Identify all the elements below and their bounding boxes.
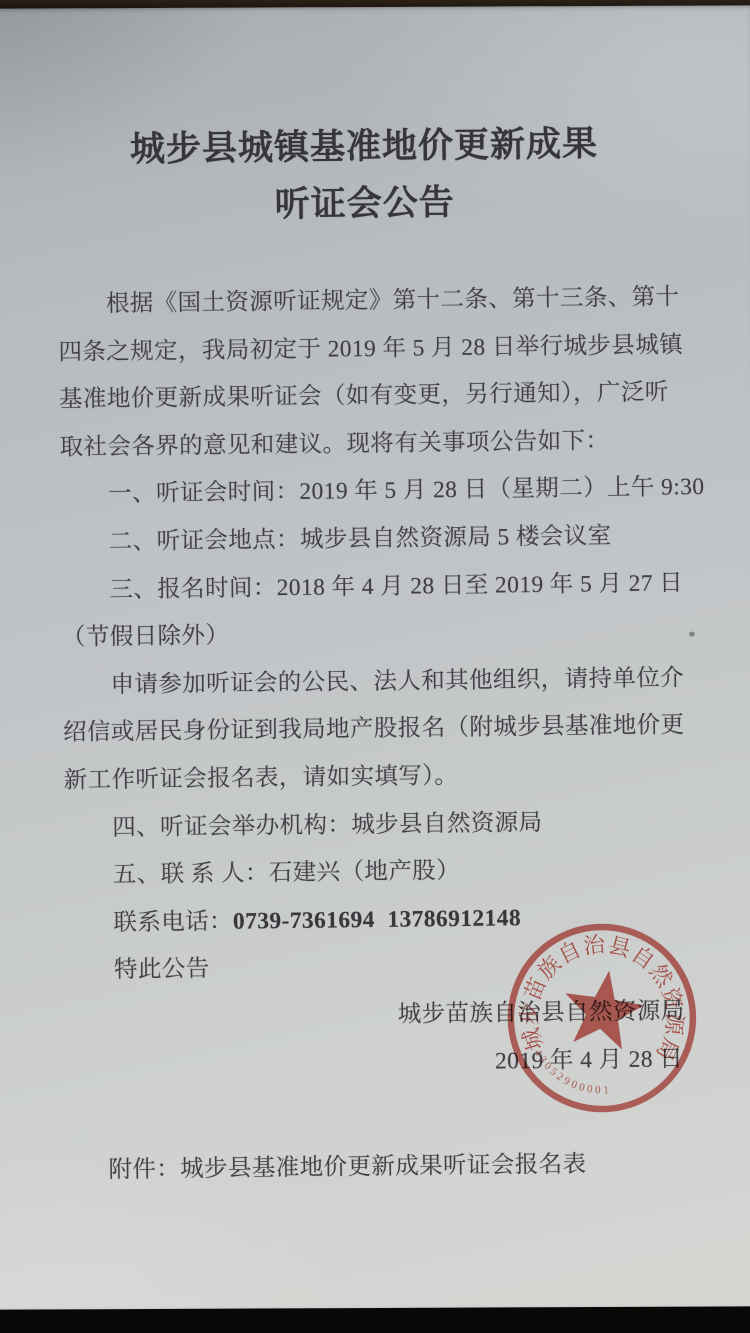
notice-paper: 城步县城镇基准地价更新成果 听证会公告 根据《国土资源听证规定》第十二条、第十三… [0, 5, 750, 1309]
svg-text:43052900001: 43052900001 [527, 1046, 618, 1099]
para2-line1: 申请参加听证会的公民、法人和其他组织，请持单位介 [62, 655, 711, 711]
photo-background: 城步县城镇基准地价更新成果 听证会公告 根据《国土资源听证规定》第十二条、第十三… [0, 0, 750, 1333]
paper-speck [689, 632, 695, 637]
official-seal: 城步苗族自治县自然资源局 43052900001 [474, 888, 729, 1151]
para2-line2: 绍信或居民身份证到我局地产股报名（附城步县基准地价更 [63, 702, 712, 758]
para1-line1: 根据《国土资源听证规定》第十二条、第十三条、第十 [58, 274, 707, 330]
attachment-line: 附件：城步县基准地价更新成果听证会报名表 [68, 1140, 717, 1196]
phone-label: 联系电话： [113, 908, 233, 935]
para1-line3: 基准地价更新成果听证会（如有变更，另行通知），广泛听 [59, 369, 708, 425]
item-organizer: 四、听证会举办机构：城步县自然资源局 [64, 797, 713, 853]
seal-star-icon [558, 965, 648, 1052]
item-hearing-time: 一、听证会时间：2019 年 5 月 28 日（星期二）上午 9:30 [60, 464, 709, 520]
phone-numbers: 0739-7361694 13786912148 [233, 905, 521, 935]
item-contact-person: 五、联 系 人：石建兴（地产股） [65, 845, 714, 901]
para1-line2: 四条之规定，我局初定于 2019 年 5 月 28 日举行城步县城镇 [58, 321, 707, 377]
doc-title-line1: 城步县城镇基准地价更新成果 [0, 113, 739, 179]
doc-title-line2: 听证会公告 [0, 170, 740, 236]
doc-title: 城步县城镇基准地价更新成果 听证会公告 [0, 113, 740, 236]
item-signup-time: 三、报名时间：2018 年 4 月 28 日至 2019 年 5 月 27 日 [61, 559, 710, 615]
para1-line4: 取社会各界的意见和建议。现将有关事项公告如下： [59, 417, 708, 473]
item-hearing-place: 二、听证会地点：城步县自然资源局 5 楼会议室 [61, 512, 710, 568]
seal-code-text: 43052900001 [527, 1046, 618, 1099]
item-signup-time-cont: （节假日除外） [62, 607, 711, 663]
para2-line3: 新工作听证会报名表，请如实填写）。 [63, 750, 712, 806]
